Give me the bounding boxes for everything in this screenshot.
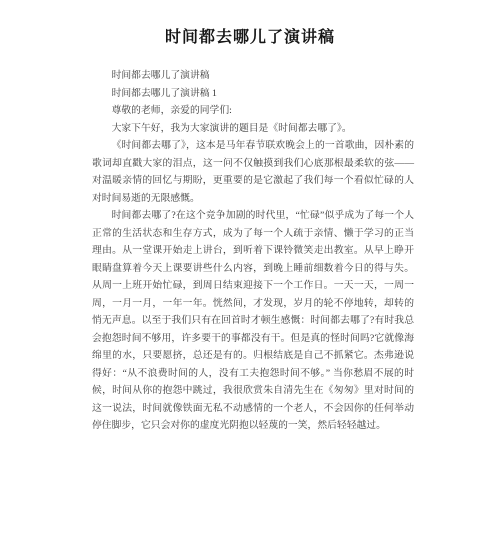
paragraph-opening: 大家下午好，我为大家演讲的题目是《时间都去哪了》。 <box>92 120 414 138</box>
document-body: 时间都去哪儿了演讲稿 时间都去哪儿了演讲稿 1 尊敬的老师，亲爱的同学们: 大家… <box>92 67 414 435</box>
paragraph-main-body: 时间都去哪了?在这个竞争加剧的时代里，“忙碌”似乎成为了每一个人正常的生活状态和… <box>92 207 414 435</box>
paragraph-heading-numbered: 时间都去哪儿了演讲稿 1 <box>92 85 414 103</box>
document-page: 时间都去哪儿了演讲稿 时间都去哪儿了演讲稿 时间都去哪儿了演讲稿 1 尊敬的老师… <box>0 0 500 548</box>
document-title: 时间都去哪儿了演讲稿 <box>0 0 500 46</box>
paragraph-song-intro: 《时间都去哪了》，这本是马年春节联欢晚会上的一首歌曲，因朴素的歌词却直戳大家的泪… <box>92 137 414 207</box>
paragraph-salutation: 尊敬的老师，亲爱的同学们: <box>92 102 414 120</box>
paragraph-heading-repeat: 时间都去哪儿了演讲稿 <box>92 67 414 85</box>
